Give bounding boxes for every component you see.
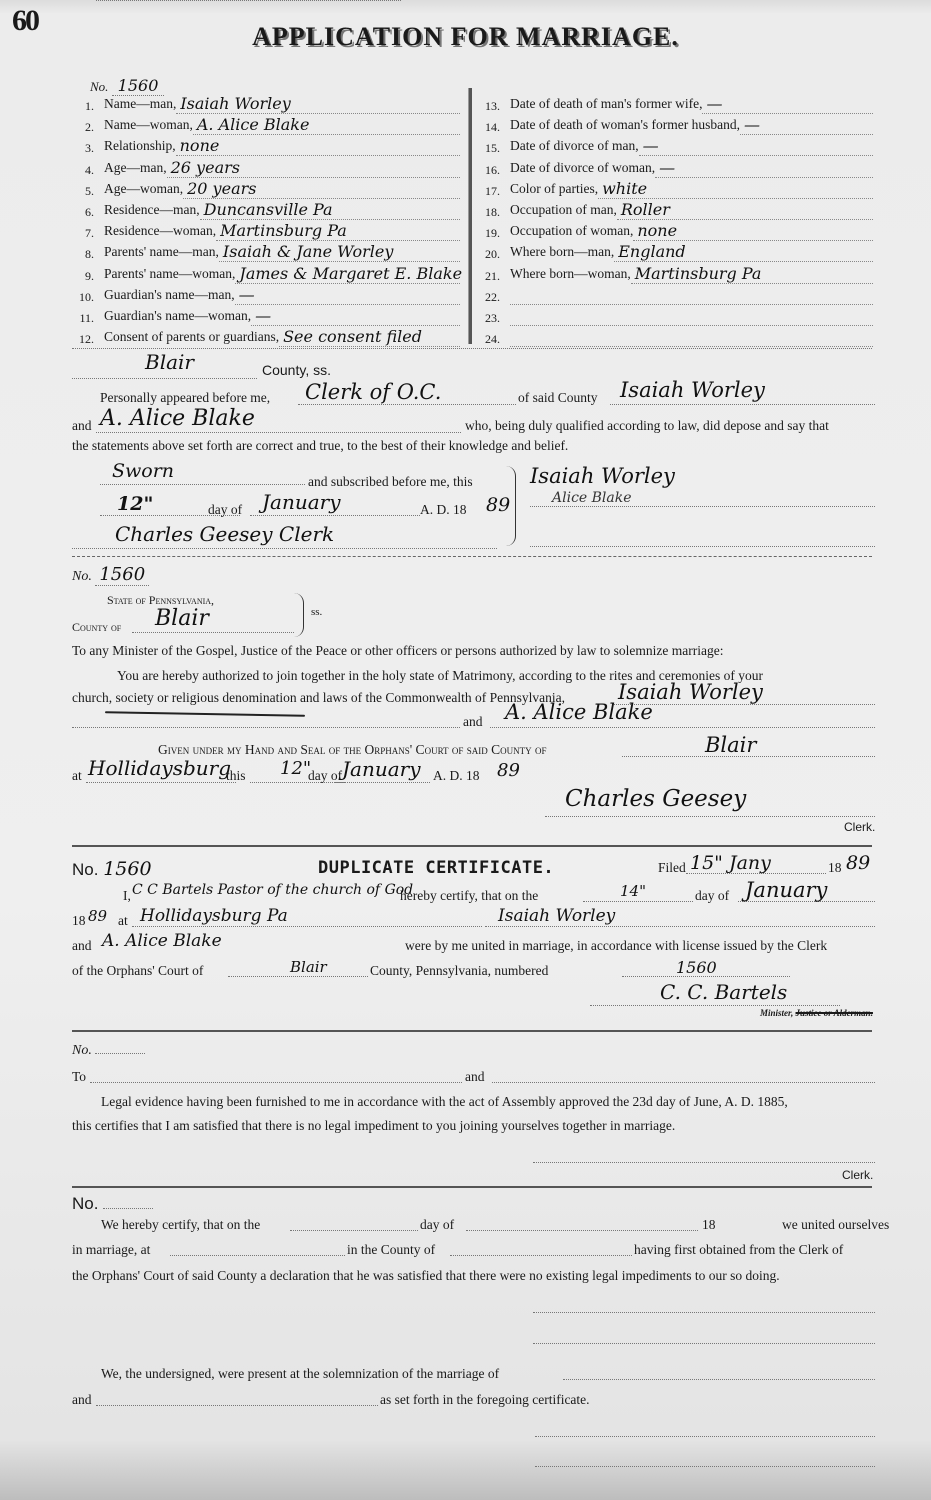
- declaration-and-label: and: [465, 1069, 485, 1085]
- man-name-rule: [610, 404, 875, 405]
- affidavit-day-value: 12": [117, 493, 153, 515]
- field-label: Where born—man,: [510, 244, 614, 262]
- dup-day-value: 14": [620, 882, 646, 900]
- field-value-line: none: [176, 137, 460, 156]
- application-field-row: 15.Date of divorce of man,—: [478, 136, 873, 156]
- field-label: Guardian's name—man,: [104, 287, 235, 305]
- declaration-to-rule: [90, 1082, 462, 1083]
- field-value-line: —: [251, 307, 460, 326]
- field-value: Martinsburg Pa: [220, 221, 347, 240]
- field-label: Parents' name—woman,: [104, 266, 235, 284]
- field-label: Residence—man,: [104, 202, 200, 220]
- field-value: —: [239, 285, 255, 304]
- field-value: James & Margaret E. Blake: [239, 264, 462, 283]
- affidavit-woman-value: A. Alice Blake: [100, 406, 255, 431]
- field-value: none: [637, 221, 677, 240]
- subscribed-label: and subscribed before me, this: [308, 474, 473, 490]
- field-value-line: Isaiah & Jane Worley: [219, 243, 460, 262]
- field-label: Occupation of man,: [510, 202, 617, 220]
- signature-rule-2: [530, 546, 875, 547]
- dup-day-rule: [583, 901, 693, 902]
- given-county-value: Blair: [705, 733, 756, 757]
- field-value-line: See consent filed: [279, 328, 460, 347]
- license-no-value: 1560: [95, 564, 149, 586]
- foregoing-label: as set forth in the foregoing certificat…: [380, 1392, 590, 1408]
- license-month-rule: [335, 782, 430, 783]
- blank-dash: [105, 711, 305, 716]
- application-field-row: 22.: [478, 285, 873, 305]
- field-number: 8.: [72, 247, 94, 262]
- field-value: Roller: [621, 200, 670, 219]
- signature-woman: Alice Blake: [552, 490, 632, 506]
- license-clerk-label: Clerk.: [844, 820, 875, 834]
- self-cert-county-rule: [450, 1255, 632, 1256]
- minister-label-group: Minister, Justice or Alderman.: [760, 1008, 873, 1018]
- field-value-line: white: [598, 180, 873, 199]
- field-value: —: [255, 306, 271, 325]
- application-bottom-rule: [72, 348, 872, 349]
- field-number: 4.: [72, 163, 94, 178]
- application-field-row: 20.Where born—man,England: [478, 242, 873, 262]
- dup-county-pa-label: County, Pennsylvania, numbered: [370, 963, 548, 979]
- application-field-row: 6.Residence—man,Duncansville Pa: [72, 200, 460, 220]
- license-month-value: January: [342, 757, 421, 781]
- section-divider-2: [72, 845, 872, 847]
- filed-label: Filed: [658, 860, 686, 876]
- field-value: none: [180, 136, 220, 155]
- signature-man: Isaiah Worley: [530, 464, 675, 488]
- field-value: Isaiah Worley: [180, 94, 290, 113]
- self-cert-month-rule: [466, 1230, 698, 1231]
- license-day-value: 12": [280, 758, 311, 779]
- field-number: 10.: [72, 290, 94, 305]
- field-number: 14.: [478, 120, 500, 135]
- field-label: Relationship,: [104, 138, 176, 156]
- application-field-row: 13.Date of death of man's former wife,—: [478, 94, 873, 114]
- field-label: Date of death of man's former wife,: [510, 96, 702, 114]
- sworn-value: Sworn: [112, 460, 174, 482]
- field-label: Color of parties,: [510, 181, 598, 199]
- affidavit-month-value: January: [262, 490, 341, 514]
- license-clerk-rule: [545, 816, 875, 817]
- field-value-line: James & Margaret E. Blake: [235, 265, 460, 284]
- field-number: 17.: [478, 184, 500, 199]
- field-value: Isaiah & Jane Worley: [223, 242, 394, 261]
- dup-day-of-label: day of: [695, 888, 729, 904]
- field-number: 23.: [478, 311, 500, 326]
- application-field-row: 23.: [478, 306, 873, 326]
- self-cert-no-rule: [103, 1208, 153, 1209]
- self-cert-signature-rule-1: [533, 1312, 875, 1313]
- dup-certify-label: hereby certify, that on the: [400, 888, 538, 904]
- license-woman-rule: [490, 727, 875, 728]
- application-field-row: 2.Name—woman,A. Alice Blake: [72, 115, 460, 135]
- field-value: Martinsburg Pa: [635, 264, 762, 283]
- column-divider: [468, 88, 472, 344]
- county-ss-label: County, ss.: [262, 362, 331, 378]
- self-cert-day-of-label: day of: [420, 1217, 454, 1233]
- application-number: No. 1560: [90, 76, 164, 95]
- field-value: white: [602, 179, 647, 198]
- county-rule: [72, 378, 257, 379]
- application-field-row: 11.Guardian's name—woman,—: [72, 306, 460, 326]
- field-number: 15.: [478, 141, 500, 156]
- field-value-line: Isaiah Worley: [176, 95, 460, 114]
- license-no-label: No.: [72, 569, 92, 584]
- field-value-line: [510, 328, 873, 347]
- application-field-row: 17.Color of parties,white: [478, 179, 873, 199]
- field-number: 20.: [478, 247, 500, 262]
- statements-text: the statements above set forth are corre…: [72, 438, 568, 454]
- field-value: Duncansville Pa: [204, 200, 333, 219]
- signature-rule-1: [530, 506, 875, 507]
- dup-place-value: Hollidaysburg Pa: [140, 906, 288, 926]
- self-cert-year-label: 18: [702, 1217, 716, 1233]
- dup-orphans-label: of the Orphans' Court of: [72, 963, 203, 979]
- application-field-row: 18.Occupation of man,Roller: [478, 200, 873, 220]
- affidavit-day-of-label: day of: [208, 502, 242, 518]
- field-number: 21.: [478, 269, 500, 284]
- field-value-line: —: [702, 95, 873, 114]
- license-this-label: this: [226, 768, 246, 784]
- field-label: Parents' name—man,: [104, 244, 219, 262]
- officiant-value: C C Bartels Pastor of the church of God: [132, 882, 413, 898]
- depose-text: who, being duly qualified according to l…: [465, 418, 829, 434]
- field-value-line: England: [614, 243, 873, 262]
- filed-value: 15" Jany: [690, 852, 771, 874]
- application-no-label: No.: [90, 79, 108, 94]
- dup-year-prefix: 18: [72, 913, 86, 929]
- license-blank-rule: [72, 727, 460, 728]
- dup-signature-rule: [590, 1005, 840, 1006]
- dup-county-rule: [228, 976, 368, 977]
- dup-year-value: 89: [88, 907, 107, 925]
- dup-man-rule: [485, 926, 875, 927]
- field-value: —: [659, 158, 675, 177]
- application-field-row: 10.Guardian's name—man,—: [72, 285, 460, 305]
- self-cert-certify-label: We hereby certify, that on the: [101, 1217, 260, 1233]
- self-cert-in-marriage-label: in marriage, at: [72, 1242, 150, 1258]
- application-no-value: 1560: [112, 76, 165, 96]
- dup-county-value: Blair: [290, 958, 327, 976]
- field-value: —: [706, 94, 722, 113]
- license-number: No. 1560: [72, 564, 149, 585]
- sworn-rule: [100, 484, 305, 485]
- field-value: See consent filed: [283, 327, 422, 346]
- license-and-label: and: [463, 714, 483, 730]
- field-number: 22.: [478, 290, 500, 305]
- self-cert-day-rule: [290, 1230, 418, 1231]
- self-cert-united-label: we united ourselves: [782, 1217, 889, 1233]
- witness-and-rule: [96, 1405, 378, 1406]
- field-value: —: [744, 115, 760, 134]
- self-cert-signature-rule-2: [533, 1343, 875, 1344]
- field-value-line: [510, 307, 873, 326]
- field-value-line: A. Alice Blake: [193, 116, 460, 135]
- application-field-row: 7.Residence—woman,Martinsburg Pa: [72, 221, 460, 241]
- field-label: Age—woman,: [104, 181, 183, 199]
- application-field-row: 9.Parents' name—woman,James & Margaret E…: [72, 264, 460, 284]
- at-rule: [86, 782, 236, 783]
- witness-text: We, the undersigned, were present at the…: [101, 1366, 499, 1382]
- license-woman-value: A. Alice Blake: [505, 700, 653, 724]
- field-label: Date of divorce of woman,: [510, 160, 655, 178]
- dup-woman-rule: [96, 0, 401, 1]
- personally-appeared-label: Personally appeared before me,: [100, 390, 270, 406]
- field-number: 3.: [72, 141, 94, 156]
- field-number: 16.: [478, 163, 500, 178]
- field-number: 12.: [72, 332, 94, 347]
- document-title: APPLICATION FOR MARRIAGE.: [0, 22, 931, 52]
- field-value: —: [643, 136, 659, 155]
- field-number: 6.: [72, 205, 94, 220]
- declaration-no-label: No.: [72, 1043, 92, 1058]
- field-label: Date of death of woman's former husband,: [510, 117, 740, 135]
- application-field-row: 1.Name—man,Isaiah Worley: [72, 94, 460, 114]
- witness-signature-rule-2: [535, 1466, 875, 1467]
- declaration-and-rule: [492, 1082, 875, 1083]
- field-number: 9.: [72, 269, 94, 284]
- field-label: Age—man,: [104, 160, 167, 178]
- application-field-row: 12.Consent of parents or guardians,See c…: [72, 327, 460, 347]
- witness-signature-rule-1: [535, 1436, 875, 1437]
- field-label: Where born—woman,: [510, 266, 631, 284]
- field-number: 7.: [72, 226, 94, 241]
- field-value: 20 years: [187, 179, 256, 198]
- field-value-line: Duncansville Pa: [200, 201, 460, 220]
- field-value-line: 20 years: [183, 180, 460, 199]
- field-label: Guardian's name—woman,: [104, 308, 251, 326]
- license-year-value: 89: [497, 760, 520, 781]
- license-county-value: Blair: [155, 606, 209, 631]
- signature-brace: [503, 466, 516, 546]
- dup-month-value: January: [745, 878, 827, 902]
- field-label: Consent of parents or guardians,: [104, 329, 279, 347]
- authorized-text-2: church, society or religious denominatio…: [72, 690, 565, 706]
- self-cert-having-label: having first obtained from the Clerk of: [634, 1242, 843, 1258]
- field-label: Name—woman,: [104, 117, 193, 135]
- witness-marriage-rule: [563, 1379, 875, 1380]
- affidavit-man-value: Isaiah Worley: [620, 378, 765, 402]
- document-page: 60 APPLICATION FOR MARRIAGE. No. 1560 1.…: [0, 0, 931, 1500]
- dup-woman-value: A. Alice Blake: [102, 931, 222, 951]
- duplicate-no-value: 1560: [103, 858, 151, 880]
- declaration-clerk-label: Clerk.: [842, 1168, 873, 1182]
- application-field-row: 4.Age—man,26 years: [72, 158, 460, 178]
- declaration-to-label: To: [72, 1069, 86, 1085]
- field-label: Name—man,: [104, 96, 176, 114]
- ss-label: ss.: [311, 606, 322, 618]
- dup-man-value: Isaiah Worley: [498, 906, 615, 926]
- affidavit-officer-value: Clerk of O.C.: [305, 380, 441, 404]
- field-label: Occupation of woman,: [510, 223, 633, 241]
- dup-place-rule: [132, 926, 482, 927]
- affidavit-county-value: Blair: [145, 350, 194, 374]
- application-field-row: 21.Where born—woman,Martinsburg Pa: [478, 264, 873, 284]
- license-county-rule: [132, 632, 294, 633]
- affidavit-clerk-signature: Charles Geesey Clerk: [115, 522, 334, 546]
- field-number: 2.: [72, 120, 94, 135]
- dup-signature: C. C. Bartels: [660, 980, 787, 1004]
- license-clerk-signature: Charles Geesey: [565, 786, 746, 812]
- clerk-rule: [72, 548, 497, 549]
- legal-text-2: this certifies that I am satisfied that …: [72, 1118, 675, 1134]
- application-field-row: 5.Age—woman,20 years: [72, 179, 460, 199]
- field-value-line: Martinsburg Pa: [216, 222, 460, 241]
- dup-united-text: were by me united in marriage, in accord…: [405, 938, 827, 954]
- at-value: Hollidaysburg: [88, 756, 231, 780]
- section-divider-3: [72, 1030, 872, 1032]
- section-divider: [72, 556, 872, 557]
- dup-and-label: and: [72, 938, 92, 954]
- ss-brace: [293, 593, 304, 637]
- field-number: 5.: [72, 184, 94, 199]
- dup-numbered-value: 1560: [676, 958, 717, 977]
- minister-label: Minister,: [760, 1008, 793, 1018]
- dup-i-label: I,: [123, 888, 131, 904]
- field-value: England: [618, 242, 685, 261]
- of-said-county-label: of said County: [518, 390, 598, 406]
- application-field-row: 19.Occupation of woman,none: [478, 221, 873, 241]
- duplicate-title: DUPLICATE CERTIFICATE.: [318, 858, 554, 878]
- woman-name-rule: [96, 432, 461, 433]
- witness-and-label: and: [72, 1392, 92, 1408]
- field-value-line: —: [740, 116, 873, 135]
- struck-label: Justice or Alderman.: [796, 1008, 873, 1018]
- field-number: 19.: [478, 226, 500, 241]
- field-value-line: —: [235, 286, 460, 305]
- declaration-clerk-rule: [533, 1162, 875, 1163]
- duplicate-number: No. 1560: [72, 858, 152, 880]
- field-value-line: —: [639, 137, 873, 156]
- affidavit-ad-label: A. D. 18: [420, 502, 467, 518]
- filed-year-prefix: 18: [828, 860, 842, 876]
- filed-year-value: 89: [846, 852, 870, 874]
- application-field-row: 3.Relationship,none: [72, 136, 460, 156]
- declaration-no-rule: [95, 1053, 145, 1054]
- dup-at-label: at: [118, 913, 128, 929]
- field-value-line: 26 years: [167, 159, 460, 178]
- duplicate-no-label: No.: [72, 860, 98, 879]
- legal-text-1: Legal evidence having been furnished to …: [101, 1094, 788, 1110]
- at-label: at: [72, 768, 82, 784]
- field-value-line: —: [655, 159, 873, 178]
- application-field-row: 24.: [478, 327, 873, 347]
- county-of-label: County of: [72, 620, 121, 635]
- self-cert-number: No.: [72, 1194, 153, 1214]
- declaration-number: No.: [72, 1043, 145, 1059]
- field-value: 26 years: [171, 158, 240, 177]
- field-value-line: none: [633, 222, 873, 241]
- self-cert-place-rule: [170, 1255, 345, 1256]
- self-cert-no-label: No.: [72, 1194, 98, 1213]
- officer-rule: [298, 404, 516, 405]
- field-number: 11.: [72, 311, 94, 326]
- field-value: A. Alice Blake: [197, 115, 310, 134]
- field-number: 18.: [478, 205, 500, 220]
- application-field-row: 8.Parents' name—man,Isaiah & Jane Worley: [72, 242, 460, 262]
- field-value-line: Roller: [617, 201, 873, 220]
- field-value-line: Martinsburg Pa: [631, 265, 873, 284]
- field-label: Residence—woman,: [104, 223, 216, 241]
- self-cert-orphans-text: the Orphans' Court of said County a decl…: [72, 1268, 780, 1284]
- self-cert-county-of-label: in the County of: [347, 1242, 435, 1258]
- field-number: 1.: [72, 99, 94, 114]
- to-any-minister-text: To any Minister of the Gospel, Justice o…: [72, 643, 723, 659]
- application-field-row: 14.Date of death of woman's former husba…: [478, 115, 873, 135]
- section-divider-4: [72, 1186, 872, 1188]
- field-number: 24.: [478, 332, 500, 347]
- license-ad-label: A. D. 18: [433, 768, 480, 784]
- field-value-line: [510, 286, 873, 305]
- field-label: Date of divorce of man,: [510, 138, 639, 156]
- month-rule: [250, 515, 420, 516]
- affidavit-and-label: and: [72, 418, 92, 434]
- field-number: 13.: [478, 99, 500, 114]
- application-field-row: 16.Date of divorce of woman,—: [478, 158, 873, 178]
